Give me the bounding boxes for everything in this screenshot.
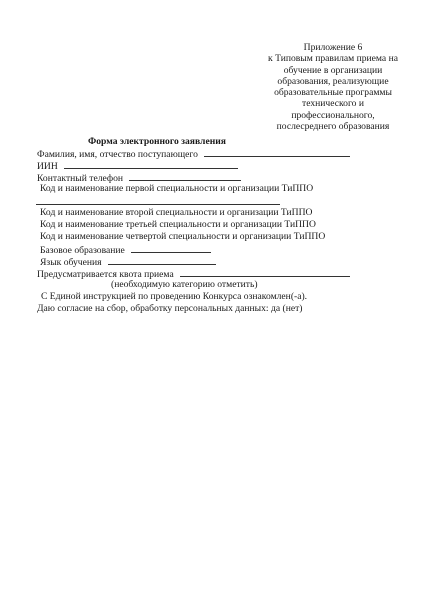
annex-line: к Типовым правилам приема на — [244, 53, 422, 64]
iin-blank — [64, 159, 238, 169]
phone-blank — [129, 171, 241, 181]
annex-line: профессионального, — [244, 110, 422, 121]
full-name-blank — [204, 147, 350, 157]
quota-blank — [180, 267, 350, 277]
specialty-1-blank — [36, 204, 280, 205]
annex-header: Приложение 6 к Типовым правилам приема н… — [244, 42, 422, 132]
base-education-blank — [131, 243, 211, 253]
annex-line: образовательные программы — [244, 87, 422, 98]
document-page: Приложение 6 к Типовым правилам приема н… — [0, 0, 424, 600]
instruction-ack: С Единой инструкцией по проведению Конку… — [41, 291, 307, 303]
annex-line: Приложение 6 — [244, 42, 422, 53]
annex-line: послесреднего образования — [244, 121, 422, 132]
annex-line: образования, реализующие — [244, 76, 422, 87]
annex-line: технического и — [244, 98, 422, 109]
specialty-1-label: Код и наименование первой специальности … — [40, 183, 313, 195]
specialty-3-label: Код и наименование третьей специальности… — [40, 219, 316, 231]
quota-note: (необходимую категорию отметить) — [111, 279, 258, 291]
consent-statement: Даю согласие на сбор, обработку персонал… — [37, 303, 303, 315]
specialty-2-label: Код и наименование второй специальности … — [40, 207, 312, 219]
language-blank — [108, 255, 216, 265]
specialty-4-label: Код и наименование четвертой специальнос… — [40, 231, 325, 243]
annex-line: обучение в организации — [244, 65, 422, 76]
